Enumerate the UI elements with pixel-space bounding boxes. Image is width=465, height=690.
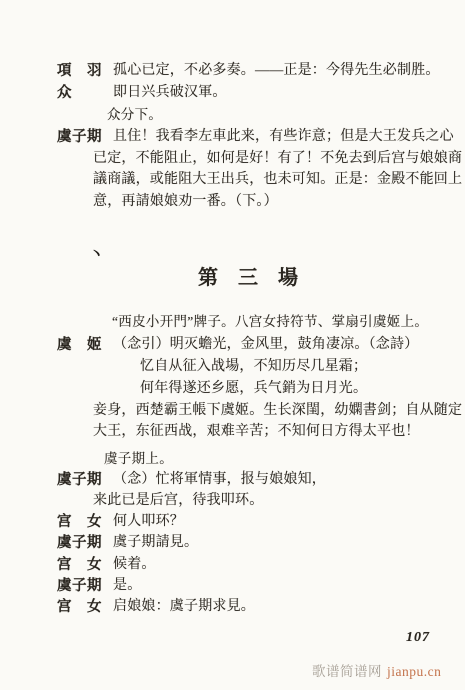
dialogue-text: 候着。 (113, 553, 156, 573)
stage-direction: “西皮小开門”牌子。八宫女持符节、掌扇引虞姬上。 (112, 310, 428, 330)
dialogue-text: （念）忙将軍情事，报与娘娘知， (113, 468, 326, 488)
dialogue-continuation: 大王，东征西战，艰难辛苦；不知何日方得太平也！ (93, 420, 420, 440)
dialogue-text: 是。 (113, 574, 141, 594)
dialogue-text: 且住！我看李左車此来，有些诈意；但是大王发兵之心 (113, 125, 454, 145)
dialogue-continuation: 已定，不能阻止，如何是好！有了！不免去到后宫与娘娘商 (93, 147, 462, 167)
dialogue-text: 启娘娘：虞子期求見。 (113, 595, 255, 615)
dialogue-continuation: 議商議，或能阻大王出兵，也未可知。正是：金殿不能回上 (93, 168, 462, 188)
speaker-name: 項 羽 (57, 59, 102, 80)
speaker-name: 宫 女 (57, 553, 102, 574)
dialogue-text: 何人叩环？ (113, 510, 184, 530)
dialogue-continuation: 来此已是后宫，待我叩环。 (93, 489, 263, 509)
dialogue-continuation: 意，再請娘娘劝一番。（下。） (93, 190, 278, 210)
scanned-script-page: 項 羽 孤心已定，不必多奏。——正是：今得先生必制胜。 众 即日兴兵破汉軍。 众… (0, 0, 465, 690)
speaker-name: 宫 女 (57, 510, 102, 531)
watermark-url: jianpu.cn (387, 664, 441, 679)
scene-heading: 第 三 場 (198, 261, 302, 290)
dialogue-continuation: 妾身，西楚霸王帳下虞姬。生长深閨，幼嫻書剑；自从随定 (93, 399, 462, 419)
speaker-name: 宫 女 (57, 595, 102, 616)
ink-mark: 丶 (89, 243, 104, 264)
speaker-name: 虞子期 (57, 574, 102, 595)
verse-line: 何年得遂还乡愿，兵气銷为日月光。 (140, 377, 367, 397)
dialogue-text: 即日兴兵破汉軍。 (113, 81, 227, 101)
dialogue-text: （念引）明灭蟾光，金风里，鼓角凄凉。（念詩） (113, 333, 418, 353)
watermark: 歌谱简谱网jianpu.cn (312, 660, 441, 680)
speaker-name: 虞子期 (57, 125, 102, 146)
watermark-site-name: 歌谱简谱网 (312, 664, 382, 679)
speaker-name: 虞子期 (57, 531, 102, 552)
stage-direction: 虞子期上。 (104, 447, 173, 467)
stage-direction: 众分下。 (107, 103, 162, 123)
speaker-name: 虞子期 (57, 468, 102, 489)
dialogue-text: 孤心已定，不必多奏。——正是：今得先生必制胜。 (113, 59, 440, 79)
speaker-name: 虞 姬 (57, 333, 102, 354)
dialogue-text: 虞子期請見。 (113, 531, 198, 551)
page-number: 107 (406, 630, 430, 646)
verse-line: 忆自从征入战場，不知历尽几星霜； (140, 355, 367, 375)
speaker-name: 众 (57, 81, 72, 102)
